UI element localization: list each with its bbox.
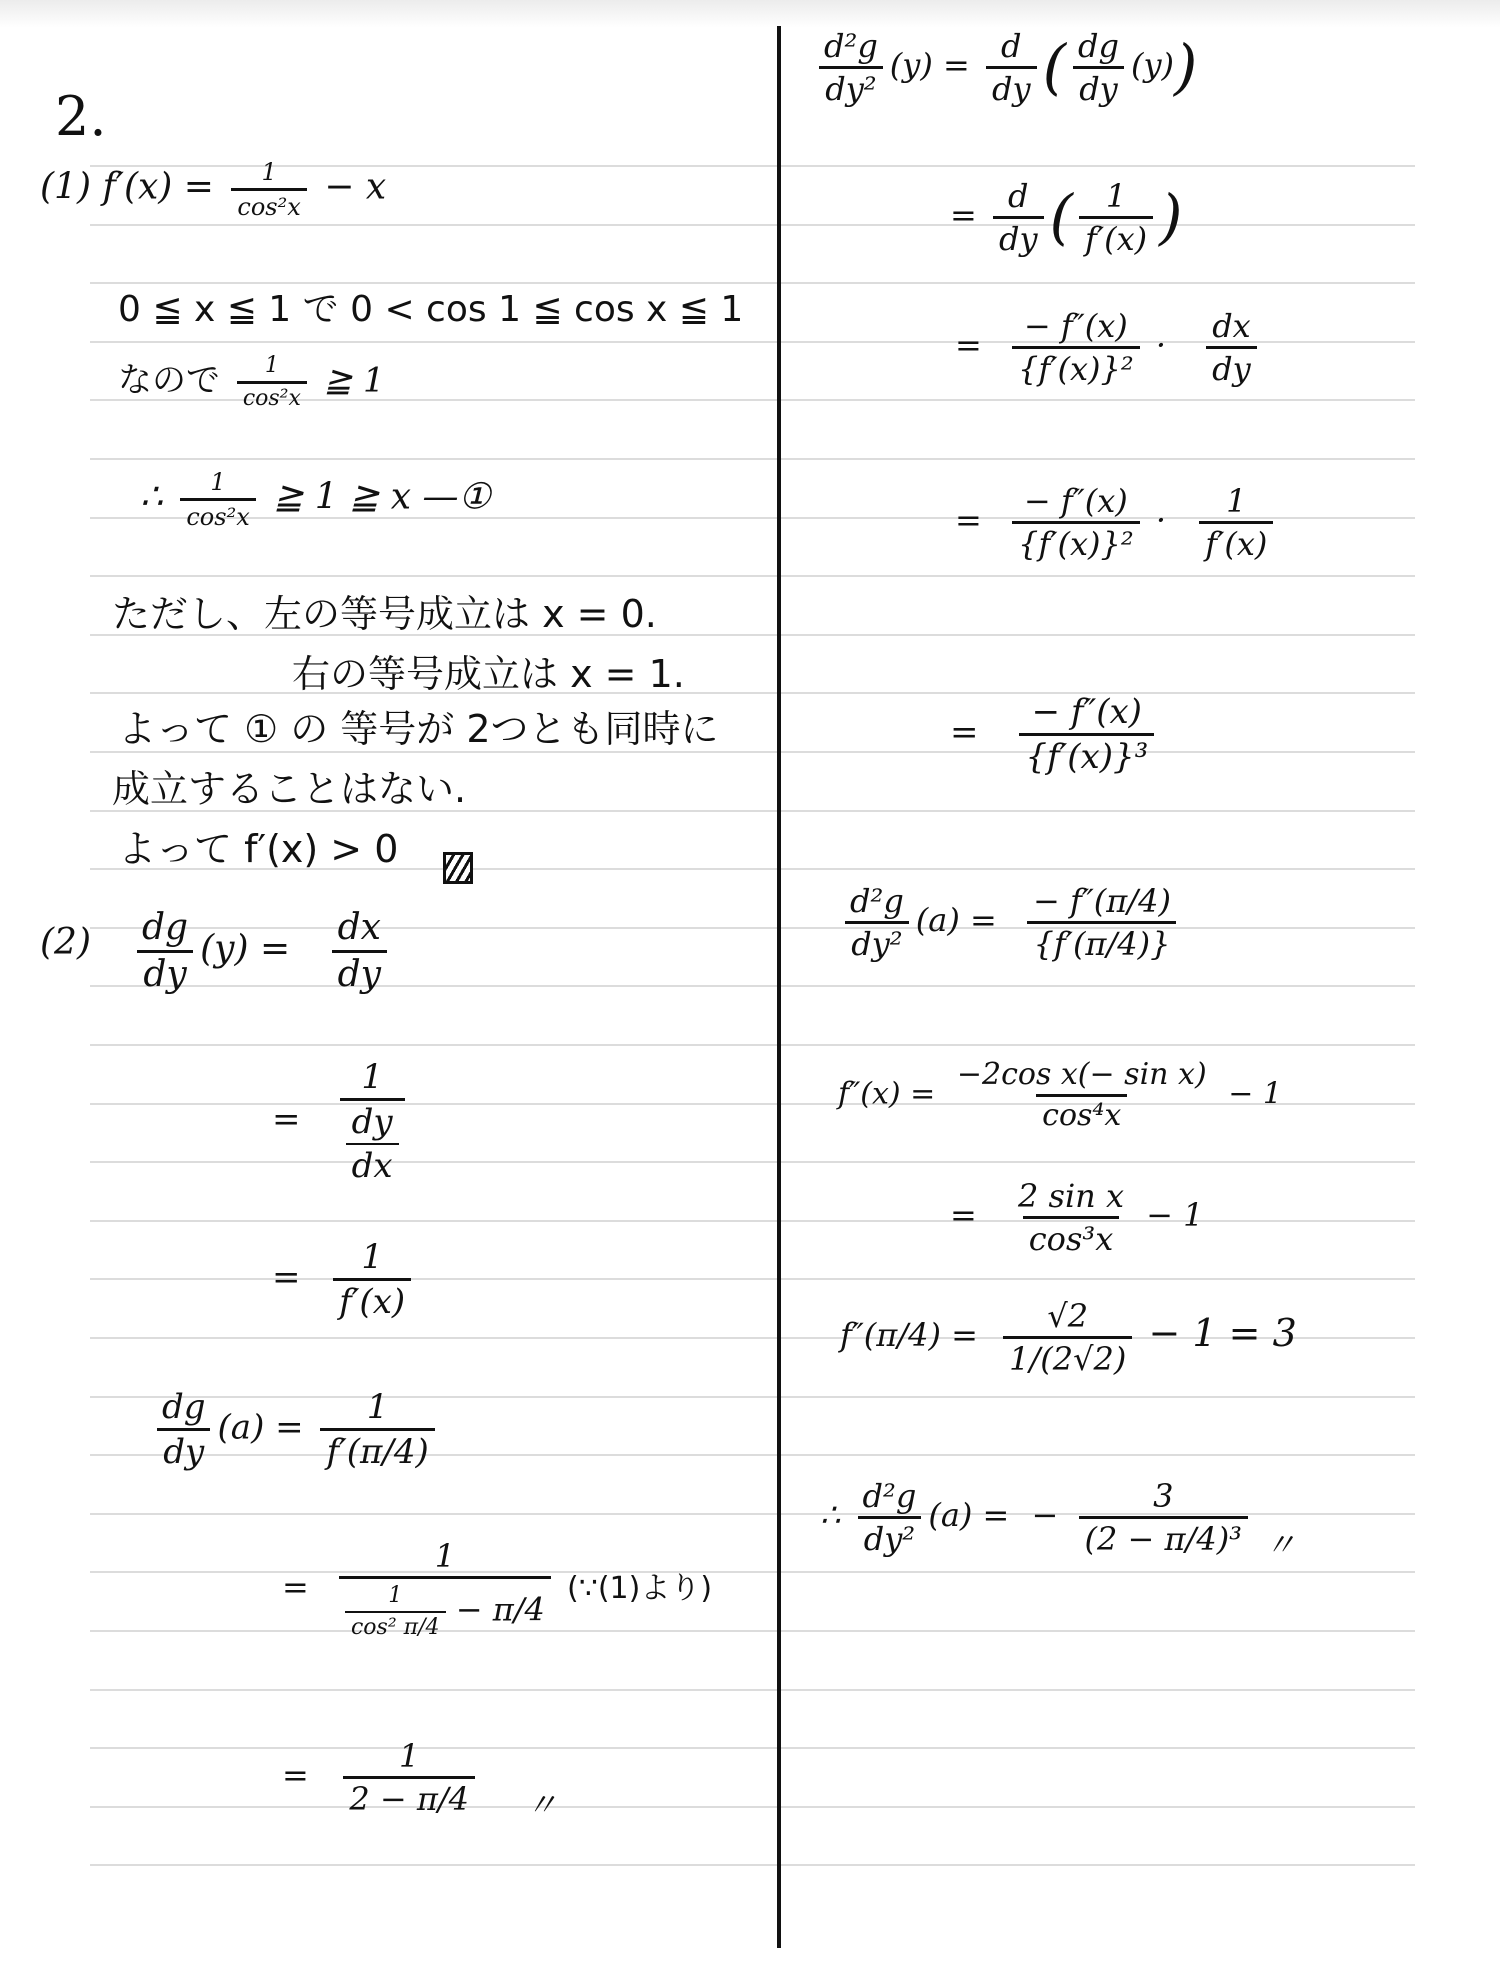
ruled-line bbox=[90, 1044, 1415, 1046]
ruled-line bbox=[90, 1864, 1415, 1866]
reference-note: (∵(1)より) bbox=[567, 1571, 712, 1606]
fraction: d dy bbox=[993, 180, 1044, 255]
r9: f″(π/4) = √2 1/(2√2) − 1 = 3 bbox=[840, 1300, 1297, 1375]
qed-icon bbox=[443, 852, 473, 884]
fraction: − f″(π/4) {f′(π/4)} bbox=[1027, 885, 1177, 960]
part1-line5: ただし、左の等号成立は x = 0. bbox=[112, 595, 657, 633]
part2-step4: dg dy (a) = 1 f′(π/4) bbox=[150, 1390, 441, 1469]
part1-line4: ∴ 1 cos²x ≧ 1 ≧ x —① bbox=[140, 470, 491, 529]
fraction: − f″(x) {f′(x)}² bbox=[1012, 485, 1140, 560]
fraction: d²g dy² bbox=[857, 1480, 923, 1555]
ruled-line bbox=[90, 575, 1415, 577]
ruled-line bbox=[90, 458, 1415, 460]
fraction: dg dy bbox=[1072, 30, 1125, 105]
r2: = d dy ( 1 f′(x) ) bbox=[950, 180, 1183, 255]
ruled-line bbox=[90, 1689, 1415, 1691]
end-mark: 〃 bbox=[1264, 1526, 1296, 1564]
fraction: −2cos x(− sin x) cos⁴x bbox=[951, 1060, 1213, 1131]
ruled-line bbox=[90, 282, 1415, 284]
part1-line7: よって ① の 等号が 2つとも同時に bbox=[118, 710, 719, 748]
fraction: 2 sin x cos³x bbox=[1012, 1180, 1130, 1255]
fraction: d²g dy² bbox=[818, 30, 884, 105]
r3: = − f″(x) {f′(x)}² · dx dy bbox=[955, 310, 1263, 385]
fraction: 1 cos²x bbox=[180, 470, 255, 529]
part1-label: (1) bbox=[40, 167, 91, 208]
part1-line1: (1) f′(x) = 1 cos²x − x bbox=[40, 160, 386, 219]
fprime-lhs: f′(x) = bbox=[102, 167, 214, 208]
nested-fraction: 1 cos² π/4 bbox=[345, 1585, 446, 1639]
part1-line8: 成立することはない. bbox=[112, 770, 466, 808]
part2-step6: = 1 2 − π/4 〃 bbox=[282, 1740, 558, 1815]
fraction: 1 f′(x) bbox=[331, 1240, 413, 1319]
fraction: 1 f′(x) bbox=[1196, 485, 1276, 560]
r8: = 2 sin x cos³x − 1 bbox=[950, 1180, 1204, 1255]
part2-step1: dg dy (y) = dx dy bbox=[130, 910, 393, 993]
fraction: − f″(x) {f′(x)}³ bbox=[1019, 695, 1154, 774]
ruled-line bbox=[90, 224, 1415, 226]
fraction: d²g dy² bbox=[844, 885, 910, 960]
top-shadow bbox=[0, 0, 1500, 28]
nested-fraction: dy dx bbox=[346, 1105, 399, 1183]
ruled-line bbox=[90, 692, 1415, 694]
fraction: 1 f′(x) bbox=[1079, 180, 1153, 255]
r4: = − f″(x) {f′(x)}² · 1 f′(x) bbox=[955, 485, 1283, 560]
fraction: 1 f′(π/4) bbox=[320, 1390, 434, 1469]
part1-line3: なので 1 cos²x ≧ 1 bbox=[118, 355, 385, 410]
fraction: 1 2 − π/4 bbox=[339, 1740, 479, 1815]
r7: f″(x) = −2cos x(− sin x) cos⁴x − 1 bbox=[838, 1060, 1282, 1131]
part2-label: (2) bbox=[40, 925, 91, 961]
r5: = − f″(x) {f′(x)}³ bbox=[950, 695, 1160, 774]
r6: d²g dy² (a) = − f″(π/4) {f′(π/4)} bbox=[838, 885, 1183, 960]
fraction: dg dy bbox=[136, 910, 194, 993]
fraction: dx dy bbox=[332, 910, 387, 993]
fraction: 3 (2 − π/4)³ bbox=[1079, 1480, 1248, 1555]
fraction: 1 dy dx bbox=[331, 1060, 413, 1183]
problem-number: 2. bbox=[55, 90, 107, 144]
part1-line9: よって f′(x) > 0 bbox=[118, 830, 398, 868]
column-divider bbox=[777, 26, 781, 1948]
ruled-line bbox=[90, 1220, 1415, 1222]
end-mark: 〃 bbox=[526, 1786, 558, 1824]
part2-step2: = 1 dy dx bbox=[272, 1060, 419, 1183]
fraction: dx dy bbox=[1206, 310, 1257, 385]
r1: d²g dy² (y) = d dy ( dg dy (y)) bbox=[812, 30, 1197, 105]
fraction: 1 cos²x bbox=[237, 355, 307, 410]
fraction: 1 cos²x bbox=[231, 160, 306, 219]
fraction: 1 1 cos² π/4 − π/4 bbox=[339, 1540, 551, 1639]
part1-line2: 0 ≦ x ≦ 1 で 0 < cos 1 ≦ cos x ≦ 1 bbox=[118, 292, 743, 328]
fraction: dg dy bbox=[156, 1390, 212, 1469]
fraction: d dy bbox=[986, 30, 1037, 105]
fraction: − f″(x) {f′(x)}² bbox=[1012, 310, 1140, 385]
fraction: √2 1/(2√2) bbox=[1003, 1300, 1132, 1375]
r10: ∴ d²g dy² (a) = − 3 (2 − π/4)³ 〃 bbox=[820, 1480, 1296, 1555]
part2-step3: = 1 f′(x) bbox=[272, 1240, 419, 1319]
part1-line6: 右の等号成立は x = 1. bbox=[292, 655, 685, 693]
ruled-line bbox=[90, 751, 1415, 753]
part2-step5: = 1 1 cos² π/4 − π/4 (∵(1)より) bbox=[282, 1540, 712, 1639]
